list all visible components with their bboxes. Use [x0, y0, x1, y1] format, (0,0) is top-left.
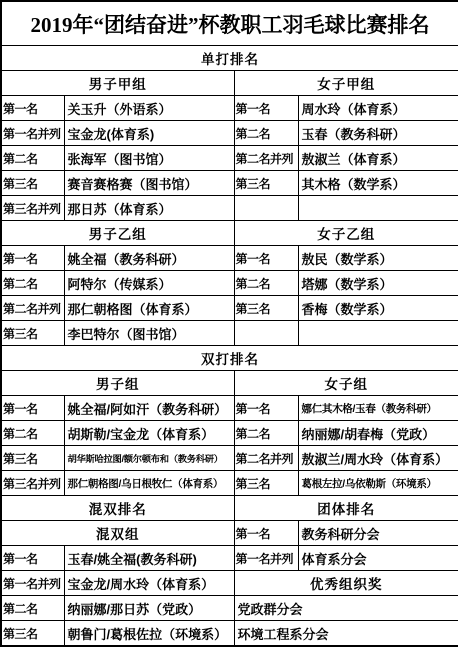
table-row: 混双排名团体排名	[1, 496, 458, 521]
table-row: 双打排名	[1, 346, 458, 371]
table-row: 第二名胡斯勒/宝金龙（体育系）第二名纳丽娜/胡春梅（党政）	[1, 421, 458, 446]
rank-cell: 第二名	[1, 596, 64, 621]
name-cell: 敖民（数学系）	[298, 246, 458, 271]
name-cell: 敖淑兰/周水玲（体育系）	[298, 446, 458, 471]
rank-cell: 第一名	[234, 521, 298, 546]
name-cell: 宝金龙(体育系)	[64, 121, 234, 146]
name-cell: 纳丽娜/那日苏（党政）	[64, 596, 234, 621]
name-cell: 那日苏（体育系）	[64, 196, 234, 221]
rank-cell: 第一名	[1, 546, 64, 571]
rank-cell: 第一名并列	[1, 121, 64, 146]
table-row: 第三名赛音赛格赛（图书馆）第三名其木格（数学系）	[1, 171, 458, 196]
table-row: 第二名纳丽娜/那日苏（党政）党政群分会	[1, 596, 458, 621]
table-row: 第一名姚全福（教务科研）第一名敖民（数学系）	[1, 246, 458, 271]
table-row: 单打排名	[1, 46, 458, 71]
ranking-table-body: 单打排名男子甲组女子甲组第一名关玉升（外语系）第一名周水玲（体育系）第一名并列宝…	[1, 46, 458, 647]
table-row: 第三名并列那日苏（体育系）	[1, 196, 458, 221]
rank-cell: 第一名并列	[234, 546, 298, 571]
section-header-cell: 单打排名	[1, 46, 458, 71]
rank-cell: 第三名	[234, 171, 298, 196]
name-cell: 敖淑兰（体育系）	[298, 146, 458, 171]
name-cell: 姚全福（教务科研）	[64, 246, 234, 271]
group-header-cell: 混双组	[1, 521, 234, 546]
rank-cell: 第二名并列	[234, 446, 298, 471]
name-cell: 环境工程系分会	[234, 621, 458, 647]
rank-cell: 第二名	[234, 121, 298, 146]
rank-cell: 第二名	[1, 271, 64, 296]
group-header-cell: 混双排名	[1, 496, 234, 521]
name-cell: 胡华斯哈拉图/额尔顿布和（教务科研）	[64, 446, 234, 471]
name-cell: 玉春（教务科研）	[298, 121, 458, 146]
name-cell: 张海军（图书馆）	[64, 146, 234, 171]
name-cell: 塔娜（数学系）	[298, 271, 458, 296]
rank-cell: 第三名	[234, 471, 298, 496]
table-row: 男子乙组女子乙组	[1, 221, 458, 246]
rank-cell: 第三名并列	[1, 471, 64, 496]
name-cell: 玉春/姚全福(教务科研)	[64, 546, 234, 571]
table-row: 混双组第一名教务科研分会	[1, 521, 458, 546]
name-cell: 香梅（数学系）	[298, 296, 458, 321]
table-row: 第三名胡华斯哈拉图/额尔顿布和（教务科研）第二名并列敖淑兰/周水玲（体育系）	[1, 446, 458, 471]
section-header-cell: 双打排名	[1, 346, 458, 371]
table-row: 第二名阿特尔（传媒系）第二名塔娜（数学系）	[1, 271, 458, 296]
table-row: 第一名姚全福/阿如汗（教务科研）第一名娜仁其木格/玉春（教务科研）	[1, 396, 458, 421]
empty-cell	[298, 196, 458, 221]
rank-cell: 第一名	[1, 396, 64, 421]
group-header-cell: 男子组	[1, 371, 234, 396]
rank-cell: 第一名	[1, 246, 64, 271]
ranking-table: 2019年“团结奋进”杯教职工羽毛球比赛排名 单打排名男子甲组女子甲组第一名关玉…	[0, 0, 458, 647]
name-cell: 其木格（数学系）	[298, 171, 458, 196]
page-title: 2019年“团结奋进”杯教职工羽毛球比赛排名	[1, 1, 458, 46]
group-header-cell: 女子甲组	[234, 71, 458, 96]
empty-cell	[234, 196, 298, 221]
table-row: 第二名张海军（图书馆）第二名并列敖淑兰（体育系）	[1, 146, 458, 171]
name-cell: 娜仁其木格/玉春（教务科研）	[298, 396, 458, 421]
rank-cell: 第三名	[1, 171, 64, 196]
rank-cell: 第三名	[1, 321, 64, 346]
group-header-cell: 男子甲组	[1, 71, 234, 96]
name-cell: 关玉升（外语系）	[64, 96, 234, 121]
rank-cell: 第二名并列	[1, 296, 64, 321]
group-header-cell: 女子乙组	[234, 221, 458, 246]
rank-cell: 第一名	[234, 246, 298, 271]
rank-cell: 第二名	[1, 421, 64, 446]
table-row: 男子甲组女子甲组	[1, 71, 458, 96]
name-cell: 教务科研分会	[298, 521, 458, 546]
name-cell: 那仁朝格图（体育系）	[64, 296, 234, 321]
name-cell: 赛音赛格赛（图书馆）	[64, 171, 234, 196]
group-header-cell: 男子乙组	[1, 221, 234, 246]
table-row: 第三名朝鲁门/葛根佐拉（环境系）环境工程系分会	[1, 621, 458, 647]
empty-cell	[298, 321, 458, 346]
name-cell: 宝金龙/周水玲（体育系）	[64, 571, 234, 596]
table-row: 男子组女子组	[1, 371, 458, 396]
rank-cell: 第一名	[1, 96, 64, 121]
name-cell: 体育系分会	[298, 546, 458, 571]
name-cell: 李巴特尔（图书馆）	[64, 321, 234, 346]
name-cell: 姚全福/阿如汗（教务科研）	[64, 396, 234, 421]
title-row: 2019年“团结奋进”杯教职工羽毛球比赛排名	[1, 1, 458, 46]
rank-cell: 第二名	[1, 146, 64, 171]
empty-cell	[234, 321, 298, 346]
name-cell: 朝鲁门/葛根佐拉（环境系）	[64, 621, 234, 647]
table-row: 第一名并列宝金龙/周水玲（体育系）优秀组织奖	[1, 571, 458, 596]
table-row: 第三名并列那仁朝格图/乌日根牧仁（体育系）第三名葛根左拉/乌依勒斯（环境系）	[1, 471, 458, 496]
table-row: 第一名并列宝金龙(体育系)第二名玉春（教务科研）	[1, 121, 458, 146]
rank-cell: 第三名	[1, 621, 64, 647]
table-row: 第三名李巴特尔（图书馆）	[1, 321, 458, 346]
rank-cell: 第二名并列	[234, 146, 298, 171]
table-row: 第二名并列那仁朝格图（体育系）第三名香梅（数学系）	[1, 296, 458, 321]
rank-cell: 第一名并列	[1, 571, 64, 596]
rank-cell: 第一名	[234, 96, 298, 121]
name-cell: 那仁朝格图/乌日根牧仁（体育系）	[64, 471, 234, 496]
group-header-cell: 团体排名	[234, 496, 458, 521]
rank-cell: 第二名	[234, 271, 298, 296]
name-cell: 胡斯勒/宝金龙（体育系）	[64, 421, 234, 446]
name-cell: 阿特尔（传媒系）	[64, 271, 234, 296]
name-cell: 党政群分会	[234, 596, 458, 621]
rank-cell: 第一名	[234, 396, 298, 421]
rank-cell: 第三名	[1, 446, 64, 471]
rank-cell: 第三名	[234, 296, 298, 321]
table-row: 第一名关玉升（外语系）第一名周水玲（体育系）	[1, 96, 458, 121]
name-cell: 周水玲（体育系）	[298, 96, 458, 121]
rank-cell: 第二名	[234, 421, 298, 446]
name-cell: 纳丽娜/胡春梅（党政）	[298, 421, 458, 446]
group-header-cell: 优秀组织奖	[234, 571, 458, 596]
group-header-cell: 女子组	[234, 371, 458, 396]
rank-cell: 第三名并列	[1, 196, 64, 221]
name-cell: 葛根左拉/乌依勒斯（环境系）	[298, 471, 458, 496]
table-row: 第一名玉春/姚全福(教务科研)第一名并列体育系分会	[1, 546, 458, 571]
